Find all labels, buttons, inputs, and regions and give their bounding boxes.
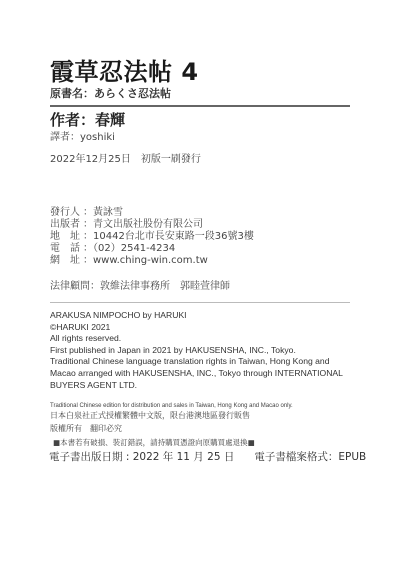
section-divider-thin [50,302,350,303]
publisher-row-value: ：黃詠雪 [83,207,123,218]
publisher-row-label: 出版者 [50,219,83,231]
copyright-line: Macao arranged with HAKUSENSHA, INC., To… [50,368,343,380]
english-copyright-block: ARAKUSA NIMPOCHO by HARUKI ©HARUKI 2021 … [50,310,343,391]
ebook-format: 電子書檔案格式：EPUB [254,450,366,464]
copyright-line: ©HARUKI 2021 [50,322,343,334]
publisher-row-address: 地 址：10442台北市長安東路一段36號3樓 [50,231,254,243]
legal-counsel: 法律顧問：敦維法律事務所 郭睦萱律師 [50,280,230,293]
publisher-row-label: 網 址 [50,255,83,267]
defect-notice: ■本書若有破損、裝訂錯誤，請持購買憑證向原購買處退換■ [53,438,255,448]
publisher-row-value: ：10442台北市長安東路一段36號3樓 [83,231,254,242]
section-divider-thick [50,105,350,107]
rights-notice: 版權所有 翻印必究 [50,424,122,434]
distribution-notice: Traditional Chinese edition for distribu… [50,402,293,410]
copyright-line: ARAKUSA NIMPOCHO by HARUKI [50,310,343,322]
edition-date: 2022年12月25日 初版一刷發行 [50,153,201,166]
publisher-row-value: ：（02）2541-4234 [83,243,175,254]
publisher-row-label: 發行人 [50,207,83,219]
ebook-publish-date: 電子書出版日期 : 2022 年 11 月 25 日 [49,450,234,464]
license-notice: 日本白泉社正式授權繁體中文版，限台港澳地區發行販售 [50,411,250,421]
publisher-info: 發行人：黃詠雪 出版者：青文出版社股份有限公司 地 址：10442台北市長安東路… [50,207,254,267]
publisher-row-phone: 電 話：（02）2541-4234 [50,243,254,255]
publisher-row-label: 地 址 [50,231,83,243]
book-title: 霞草忍法帖 4 [50,58,199,86]
copyright-line: BUYERS AGENT LTD. [50,380,343,392]
publisher-row-website: 網 址：www.ching-win.com.tw [50,255,254,267]
copyright-line: Traditional Chinese language translation… [50,356,343,368]
publisher-row-value: ：www.ching-win.com.tw [83,255,208,266]
copyright-line: First published in Japan in 2021 by HAKU… [50,345,343,357]
publisher-row-publisher: 出版者：青文出版社股份有限公司 [50,219,254,231]
publisher-row-label: 電 話 [50,243,83,255]
ebook-info: 電子書出版日期 : 2022 年 11 月 25 日電子書檔案格式：EPUB [49,450,366,464]
publisher-row-issuer: 發行人：黃詠雪 [50,207,254,219]
publisher-row-value: ：青文出版社股份有限公司 [83,219,203,230]
original-title: 原書名：あらくさ忍法帖 [50,87,171,101]
author: 作者：春輝 [50,111,125,129]
copyright-line: All rights reserved. [50,333,343,345]
translator: 譯者：yoshiki [50,131,115,144]
